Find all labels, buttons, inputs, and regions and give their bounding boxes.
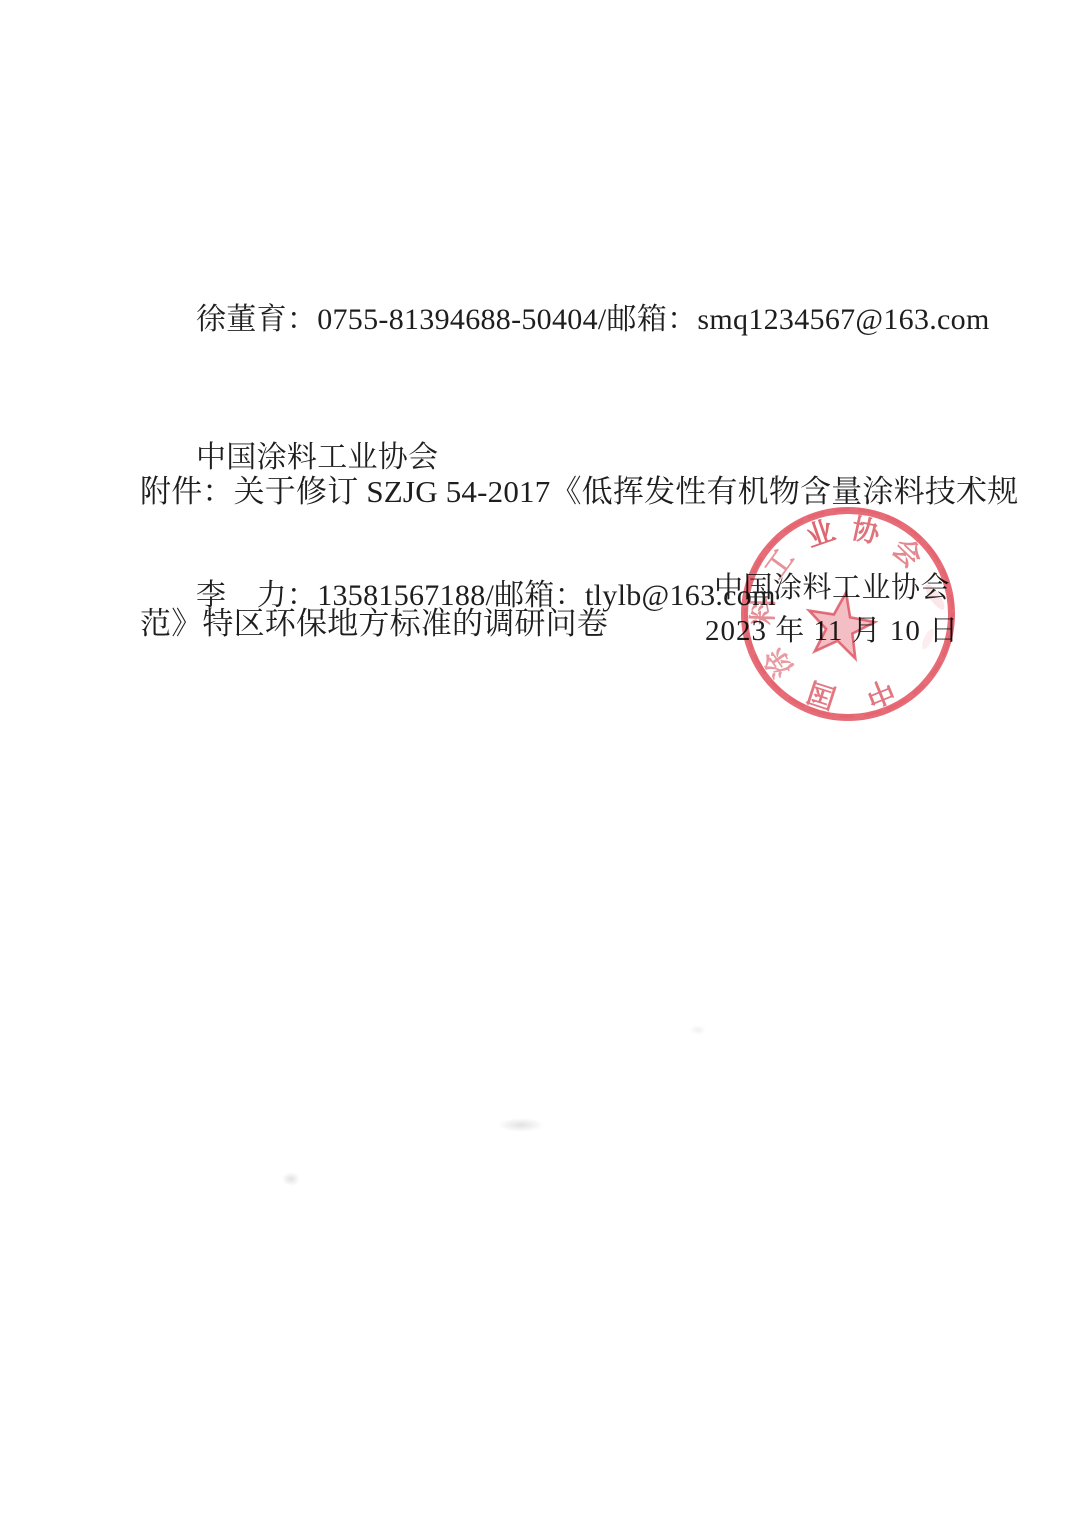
seal-ring-char: 料 [747, 597, 780, 626]
scan-speck [690, 1025, 706, 1035]
contact-line-phone-email-1: 徐董育：0755-81394688-50404/邮箱：smq1234567@16… [196, 297, 990, 343]
scan-speck [498, 1118, 544, 1132]
seal-ring-char: 协 [849, 513, 884, 550]
official-seal-stamp: 中国涂料工业协会 [738, 504, 958, 724]
scanned-letter-page: 徐董育：0755-81394688-50404/邮箱：smq1234567@16… [0, 0, 1080, 1527]
seal-ink-smudge-2 [920, 627, 937, 650]
scan-speck [282, 1172, 300, 1186]
seal-ink-smudge [922, 582, 947, 612]
star-icon [809, 593, 875, 659]
